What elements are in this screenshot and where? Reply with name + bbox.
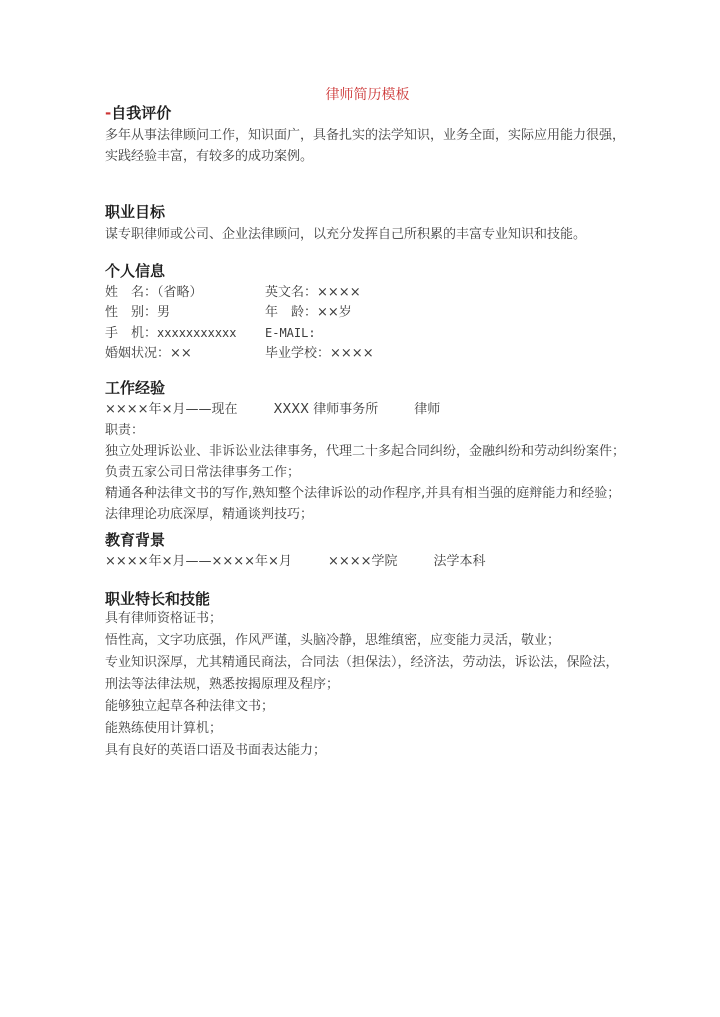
education-entry: ××××年×月——××××年×月××××学院法学本科 xyxy=(105,551,630,572)
field-value: （省略） xyxy=(157,285,203,300)
skill-item: 专业知识深厚，尤其精通民商法，合同法（担保法），经济法，劳动法，诉讼法，保险法，… xyxy=(105,652,630,696)
field-value: ×× xyxy=(170,346,192,361)
field-label: 英文名： xyxy=(265,285,317,300)
field-label: 年 龄： xyxy=(265,305,317,320)
personal-info-cell: E-MAIL: xyxy=(265,323,630,344)
personal-info-table: 姓 名：（省略） 英文名：×××× 性 别：男 年 龄：××岁 手 机：xxxx… xyxy=(105,283,630,364)
resume-document: 律师简历模板 -自我评价 多年从事法律顾问工作，知识面广，具备扎实的法学知识，业… xyxy=(0,0,720,1017)
section-heading-career-objective: 职业目标 xyxy=(105,203,630,221)
field-value: ××岁 xyxy=(317,305,352,320)
skills-list: 具有律师资格证书； 悟性高，文字功底强，作风严谨，头脑冷静，思维缜密，应变能力灵… xyxy=(105,608,630,762)
work-role: 律师 xyxy=(414,399,440,420)
personal-info-row: 婚姻状况：×× 毕业学校：×××× xyxy=(105,344,630,364)
personal-info-cell: 性 别：男 xyxy=(105,303,265,323)
work-period: ××××年×月——现在 xyxy=(105,399,237,420)
skill-item: 悟性高，文字功底强，作风严谨，头脑冷静，思维缜密，应变能力灵活，敬业； xyxy=(105,630,630,652)
duty-item: 负责五家公司日常法律事务工作； xyxy=(105,462,630,483)
duty-item: 独立处理诉讼业、非诉讼业法律事务，代理二十多起合同纠纷，金融纠纷和劳动纠纷案件； xyxy=(105,441,630,462)
section-heading-education: 教育背景 xyxy=(105,531,630,549)
field-label: 手 机： xyxy=(105,326,157,341)
education-period: ××××年×月——××××年×月 xyxy=(105,551,292,572)
field-value-phone: xxxxxxxxxxx xyxy=(157,326,236,340)
duty-item: 法律理论功底深厚，精通谈判技巧； xyxy=(105,504,630,525)
skill-item: 具有律师资格证书； xyxy=(105,608,630,630)
field-value: 男 xyxy=(157,305,170,320)
work-duties-list: 职责： 独立处理诉讼业、非诉讼业法律事务，代理二十多起合同纠纷，金融纠纷和劳动纠… xyxy=(105,420,630,525)
skill-item: 能熟练使用计算机； xyxy=(105,718,630,740)
section-career-objective: 职业目标 谋专职律师或公司、企业法律顾问，以充分发挥自己所积累的丰富专业知识和技… xyxy=(105,203,630,245)
field-label: 婚姻状况： xyxy=(105,346,170,361)
personal-info-row: 姓 名：（省略） 英文名：×××× xyxy=(105,283,630,303)
duty-item: 精通各种法律文书的写作,熟知整个法律诉讼的动作程序,并具有相当强的庭辩能力和经验… xyxy=(105,483,630,504)
duties-label: 职责： xyxy=(105,420,630,441)
personal-info-cell: 年 龄：××岁 xyxy=(265,303,630,323)
self-evaluation-text: 多年从事法律顾问工作，知识面广，具备扎实的法学知识，业务全面，实际应用能力很强，… xyxy=(105,125,630,167)
skill-item: 具有良好的英语口语及书面表达能力； xyxy=(105,740,630,762)
personal-info-cell: 毕业学校：×××× xyxy=(265,344,630,364)
field-label: 性 别： xyxy=(105,305,157,320)
section-heading-skills: 职业特长和技能 xyxy=(105,590,630,608)
education-degree: 法学本科 xyxy=(434,551,486,572)
personal-info-row: 性 别：男 年 龄：××岁 xyxy=(105,303,630,323)
field-value: ×××× xyxy=(330,346,374,361)
section-skills: 职业特长和技能 具有律师资格证书； 悟性高，文字功底强，作风严谨，头脑冷静，思维… xyxy=(105,590,630,762)
field-label-email: E-MAIL: xyxy=(265,326,316,340)
section-education: 教育背景 ××××年×月——××××年×月××××学院法学本科 xyxy=(105,531,630,572)
personal-info-cell: 手 机：xxxxxxxxxxx xyxy=(105,323,265,344)
skill-item: 能够独立起草各种法律文书； xyxy=(105,696,630,718)
section-work-experience: 工作经验 ××××年×月——现在XXXX 律师事务所律师 职责： 独立处理诉讼业… xyxy=(105,379,630,525)
career-objective-text: 谋专职律师或公司、企业法律顾问，以充分发挥自己所积累的丰富专业知识和技能。 xyxy=(105,224,630,245)
section-heading-personal-info: 个人信息 xyxy=(105,262,630,280)
page-title: 律师简历模板 xyxy=(105,86,630,104)
section-personal-info: 个人信息 姓 名：（省略） 英文名：×××× 性 别：男 年 龄：××岁 手 机… xyxy=(105,262,630,364)
section-heading-text: 自我评价 xyxy=(111,104,171,122)
section-heading-work-experience: 工作经验 xyxy=(105,379,630,397)
field-label: 毕业学校： xyxy=(265,346,330,361)
personal-info-cell: 英文名：×××× xyxy=(265,283,630,303)
field-label: 姓 名： xyxy=(105,285,157,300)
field-value: ×××× xyxy=(317,285,361,300)
work-company: XXXX 律师事务所 xyxy=(273,399,378,420)
personal-info-cell: 姓 名：（省略） xyxy=(105,283,265,303)
work-experience-entry: ××××年×月——现在XXXX 律师事务所律师 xyxy=(105,399,630,420)
section-self-evaluation: -自我评价 多年从事法律顾问工作，知识面广，具备扎实的法学知识，业务全面，实际应… xyxy=(105,104,630,167)
education-school: ××××学院 xyxy=(328,551,398,572)
personal-info-cell: 婚姻状况：×× xyxy=(105,344,265,364)
section-heading-self-evaluation: -自我评价 xyxy=(105,104,630,122)
personal-info-row: 手 机：xxxxxxxxxxx E-MAIL: xyxy=(105,323,630,344)
